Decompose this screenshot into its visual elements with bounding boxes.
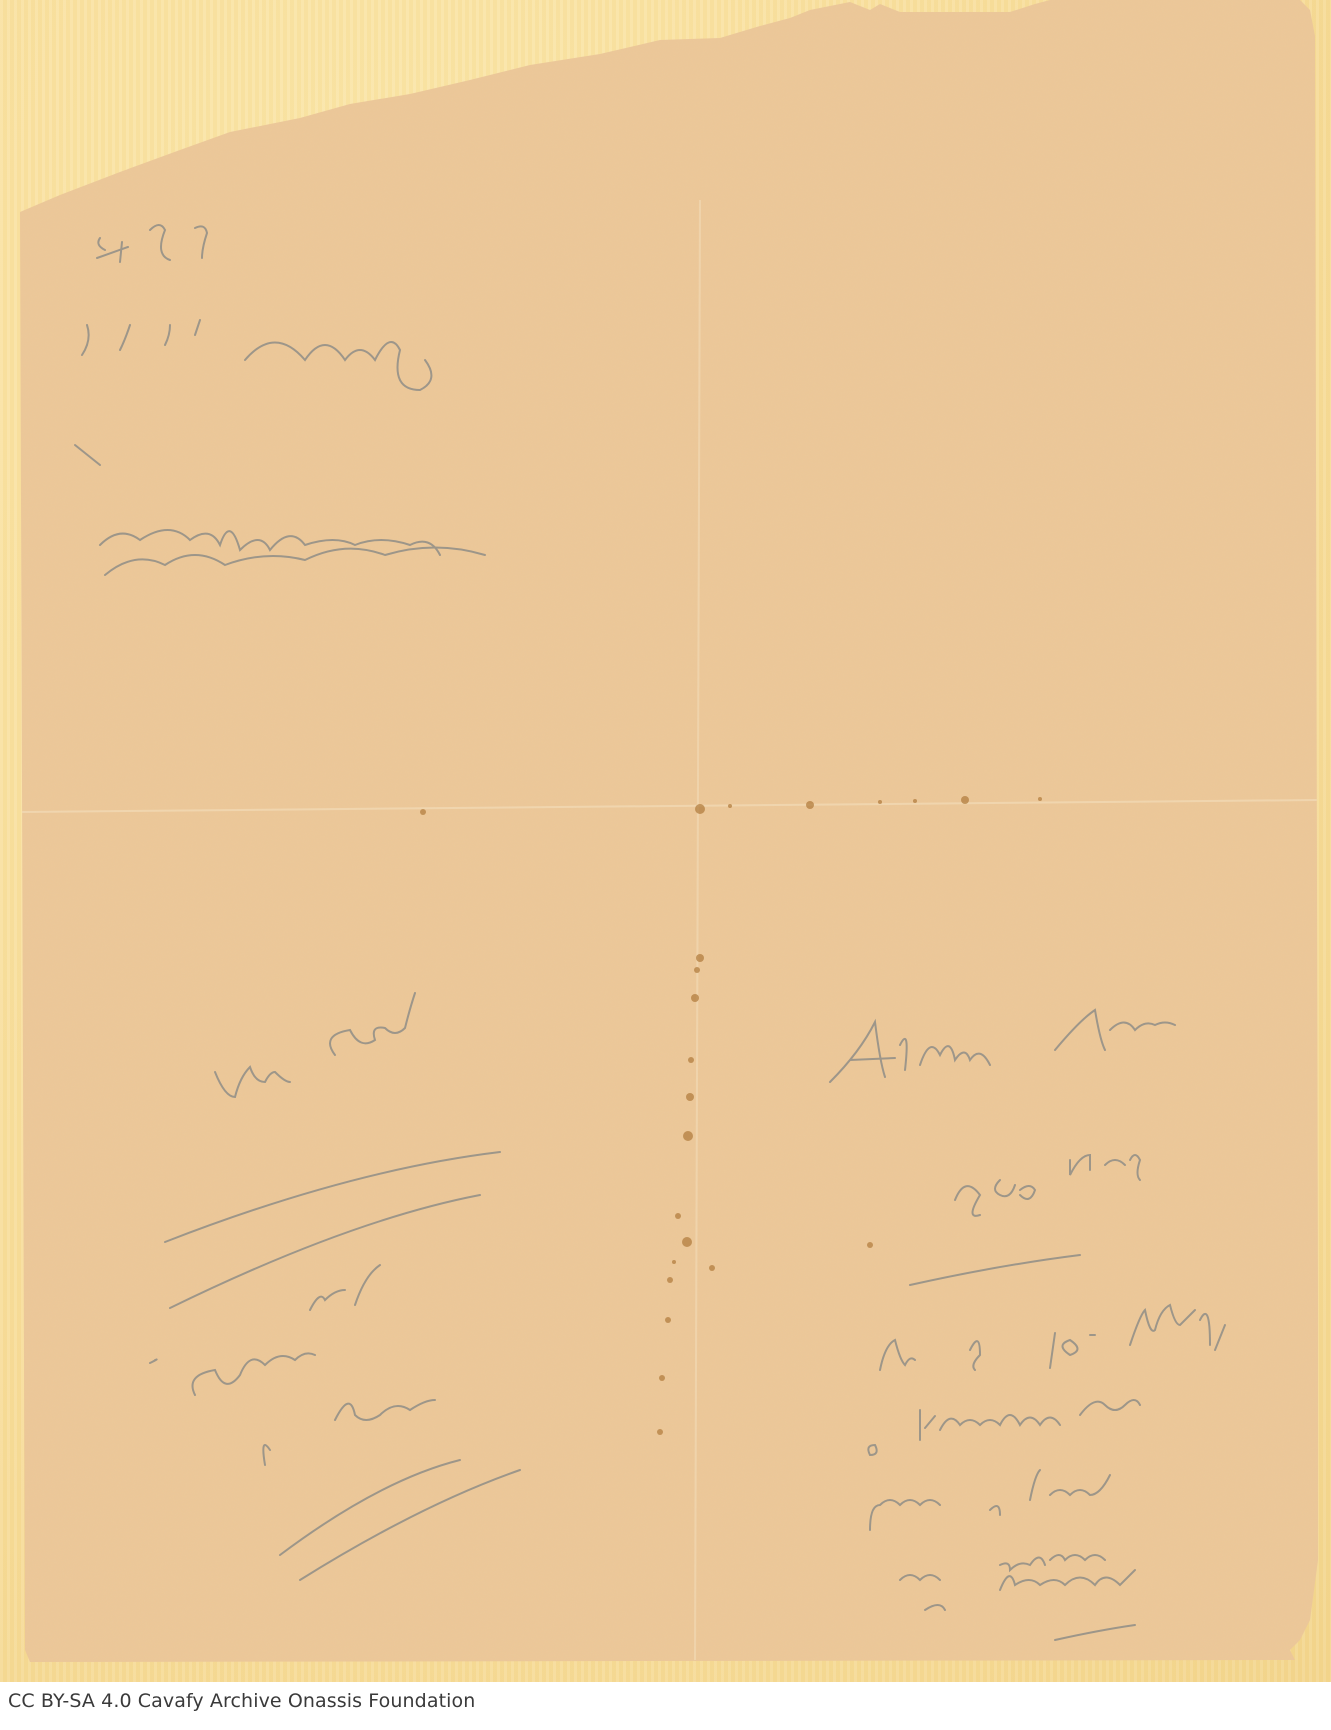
license-credit: CC BY-SA 4.0 Cavafy Archive Onassis Foun… bbox=[8, 1690, 475, 1712]
paper-shape bbox=[0, 0, 1331, 1682]
manuscript-sheet: 479 Ε΄ Σεπτέμβ. 11 1916 σπαρμένα φύλλα κ… bbox=[0, 0, 1331, 1682]
